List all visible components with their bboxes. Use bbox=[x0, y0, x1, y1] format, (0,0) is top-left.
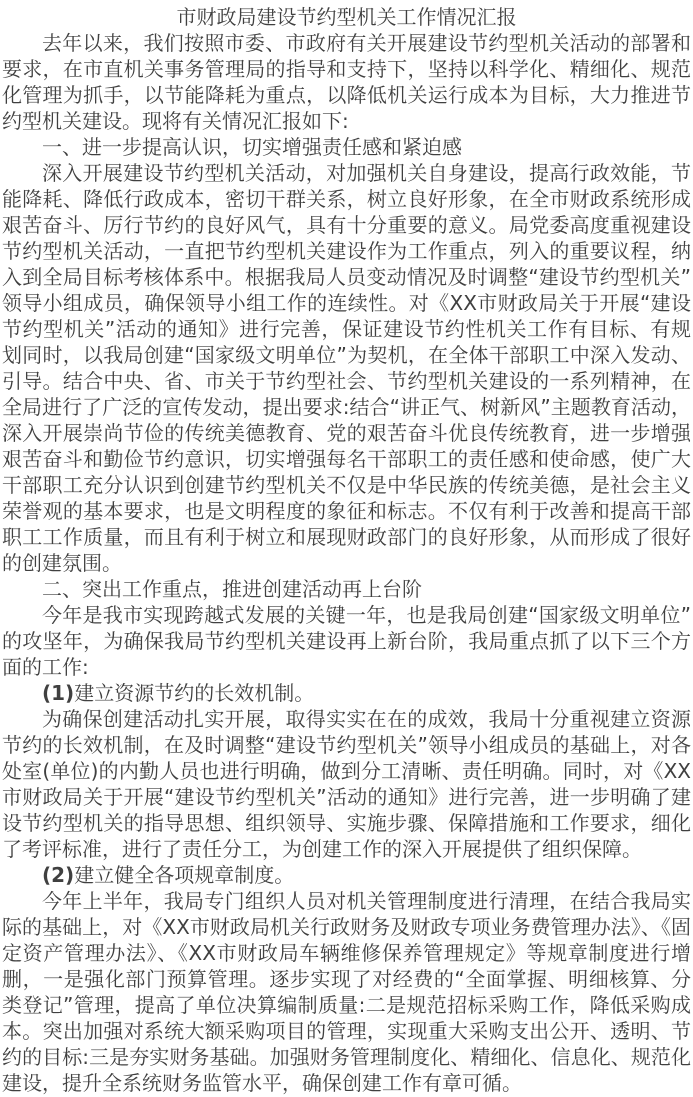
document-body: 去年以来，我们按照市委、市政府有关开展建设节约型机关活动的部署和要求，在市直机关… bbox=[2, 30, 691, 1096]
numbered-heading: (1)建立资源节约的长效机制。 bbox=[2, 680, 691, 706]
document-page[interactable]: 市财政局建设节约型机关工作情况汇报 去年以来，我们按照市委、市政府有关开展建设节… bbox=[0, 0, 693, 1097]
section-heading: 二、突出工作重点，推进创建活动再上台阶 bbox=[2, 576, 691, 602]
paragraph: 去年以来，我们按照市委、市政府有关开展建设节约型机关活动的部署和要求，在市直机关… bbox=[2, 30, 691, 134]
paragraph: 深入开展建设节约型机关活动，对加强机关自身建设，提高行政效能，节能降耗、降低行政… bbox=[2, 160, 691, 576]
paragraph: 今年上半年，我局专门组织人员对机关管理制度进行清理，在结合我局实际的基础上，对《… bbox=[2, 888, 691, 1096]
paragraph: 今年是我市实现跨越式发展的关键一年，也是我局创建“国家级文明单位”的攻坚年，为确… bbox=[2, 602, 691, 680]
paragraph: 为确保创建活动扎实开展，取得实实在在的成效，我局十分重视建立资源节约的长效机制，… bbox=[2, 706, 691, 862]
document-title: 市财政局建设节约型机关工作情况汇报 bbox=[2, 4, 691, 30]
section-heading: 一、进一步提高认识，切实增强责任感和紧迫感 bbox=[2, 134, 691, 160]
numbered-heading: (2)建立健全各项规章制度。 bbox=[2, 862, 691, 888]
list-number: (1) bbox=[42, 681, 74, 705]
list-number: (2) bbox=[42, 863, 74, 887]
